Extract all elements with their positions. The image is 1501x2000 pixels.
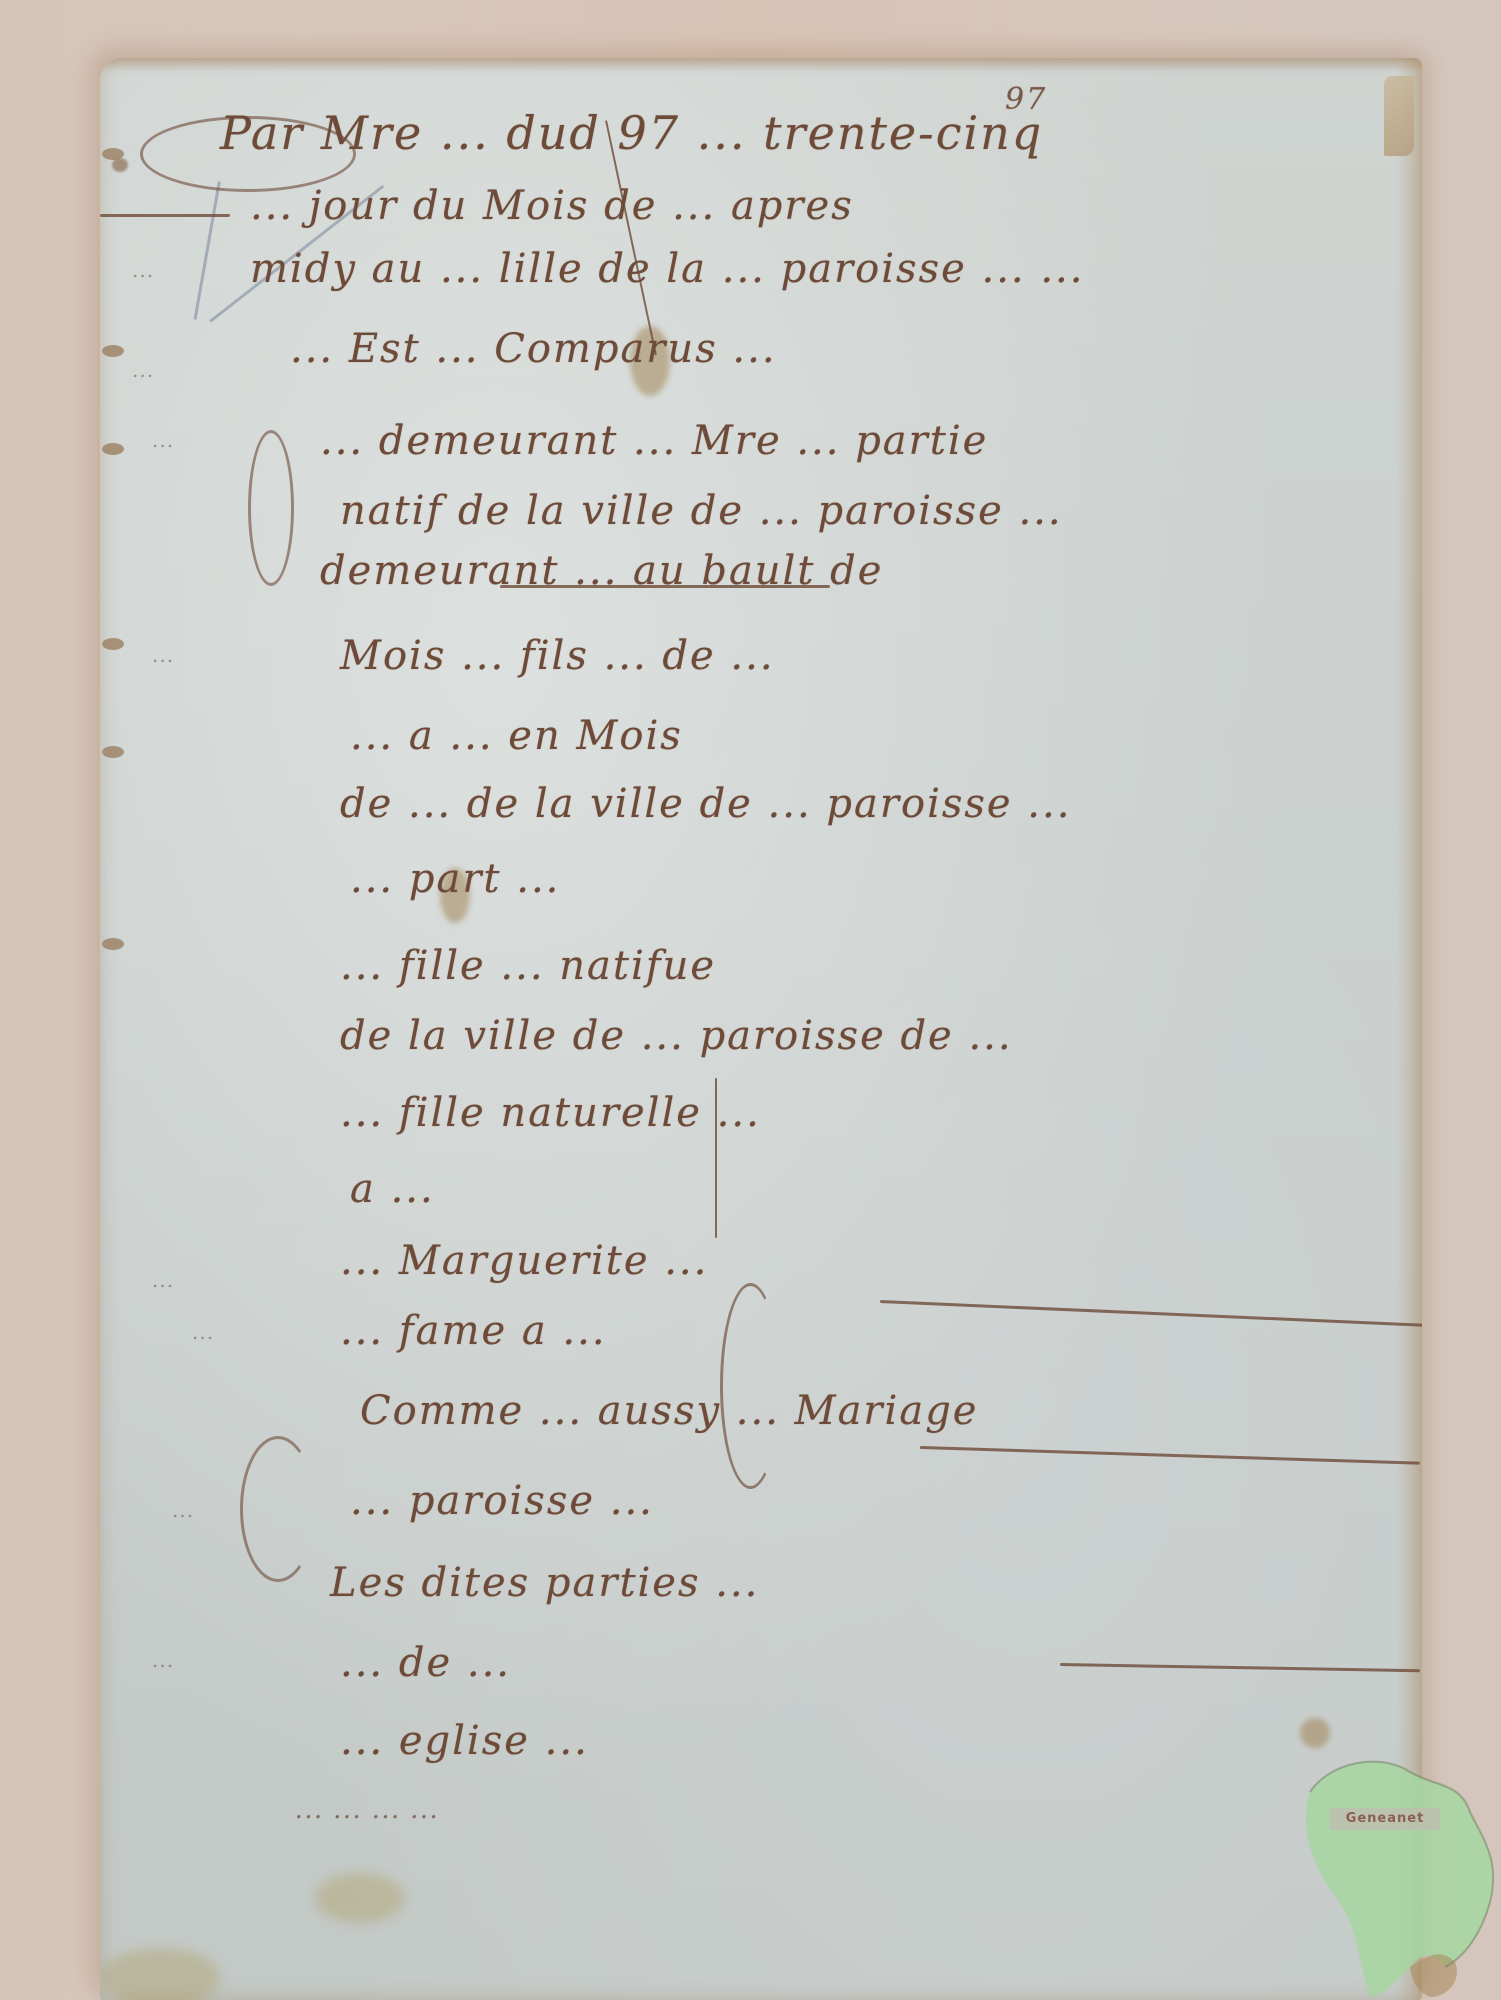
- line-2: ... jour du Mois de ... apres: [250, 183, 854, 229]
- line-5: ... demeurant ... Mre ... partie: [320, 418, 988, 464]
- line-8: Mois ... fils ... de ...: [340, 633, 775, 679]
- line-22: ... eglise ...: [340, 1718, 589, 1764]
- manuscript-page: ... ... ... ... ... ... ... ... Par Mre …: [100, 58, 1422, 2000]
- line-3: midy au ... lille de la ... paroisse ...…: [250, 246, 1084, 292]
- watermark-label: Geneanet: [1330, 1808, 1440, 1830]
- line-21: ... de ...: [340, 1640, 511, 1686]
- line-12: ... fille ... natifue: [340, 943, 716, 989]
- line-17: ... fame a ...: [340, 1308, 607, 1354]
- line-18: Comme ... aussy ... Mariage: [360, 1388, 978, 1434]
- line-1: Par Mre ... dud 97 ... trente-cinq: [220, 106, 1043, 160]
- line-16: ... Marguerite ...: [340, 1238, 708, 1284]
- line-13: de la ville de ... paroisse de ...: [340, 1013, 1013, 1059]
- map-silhouette-icon: [1250, 1752, 1501, 2000]
- folio-number: 97: [1005, 82, 1047, 117]
- line-20: Les dites parties ...: [330, 1560, 759, 1606]
- line-14: ... fille naturelle ...: [340, 1090, 761, 1136]
- line-19: ... paroisse ...: [350, 1478, 654, 1524]
- line-23-signatures: ... ... ... ...: [295, 1796, 439, 1824]
- line-6: natif de la ville de ... paroisse ...: [340, 488, 1063, 534]
- line-4: ... Est ... Comparus ...: [290, 326, 777, 372]
- line-9: ... a ... en Mois: [350, 713, 683, 759]
- watermark: Geneanet: [1250, 1752, 1501, 2000]
- line-11: ... part ...: [350, 856, 560, 902]
- manuscript-text: Par Mre ... dud 97 ... trente-cinq ... j…: [100, 58, 1422, 2000]
- line-10: de ... de la ville de ... paroisse ...: [340, 781, 1071, 827]
- line-7: demeurant ... au bault de: [320, 548, 883, 594]
- line-15: a ...: [350, 1166, 435, 1212]
